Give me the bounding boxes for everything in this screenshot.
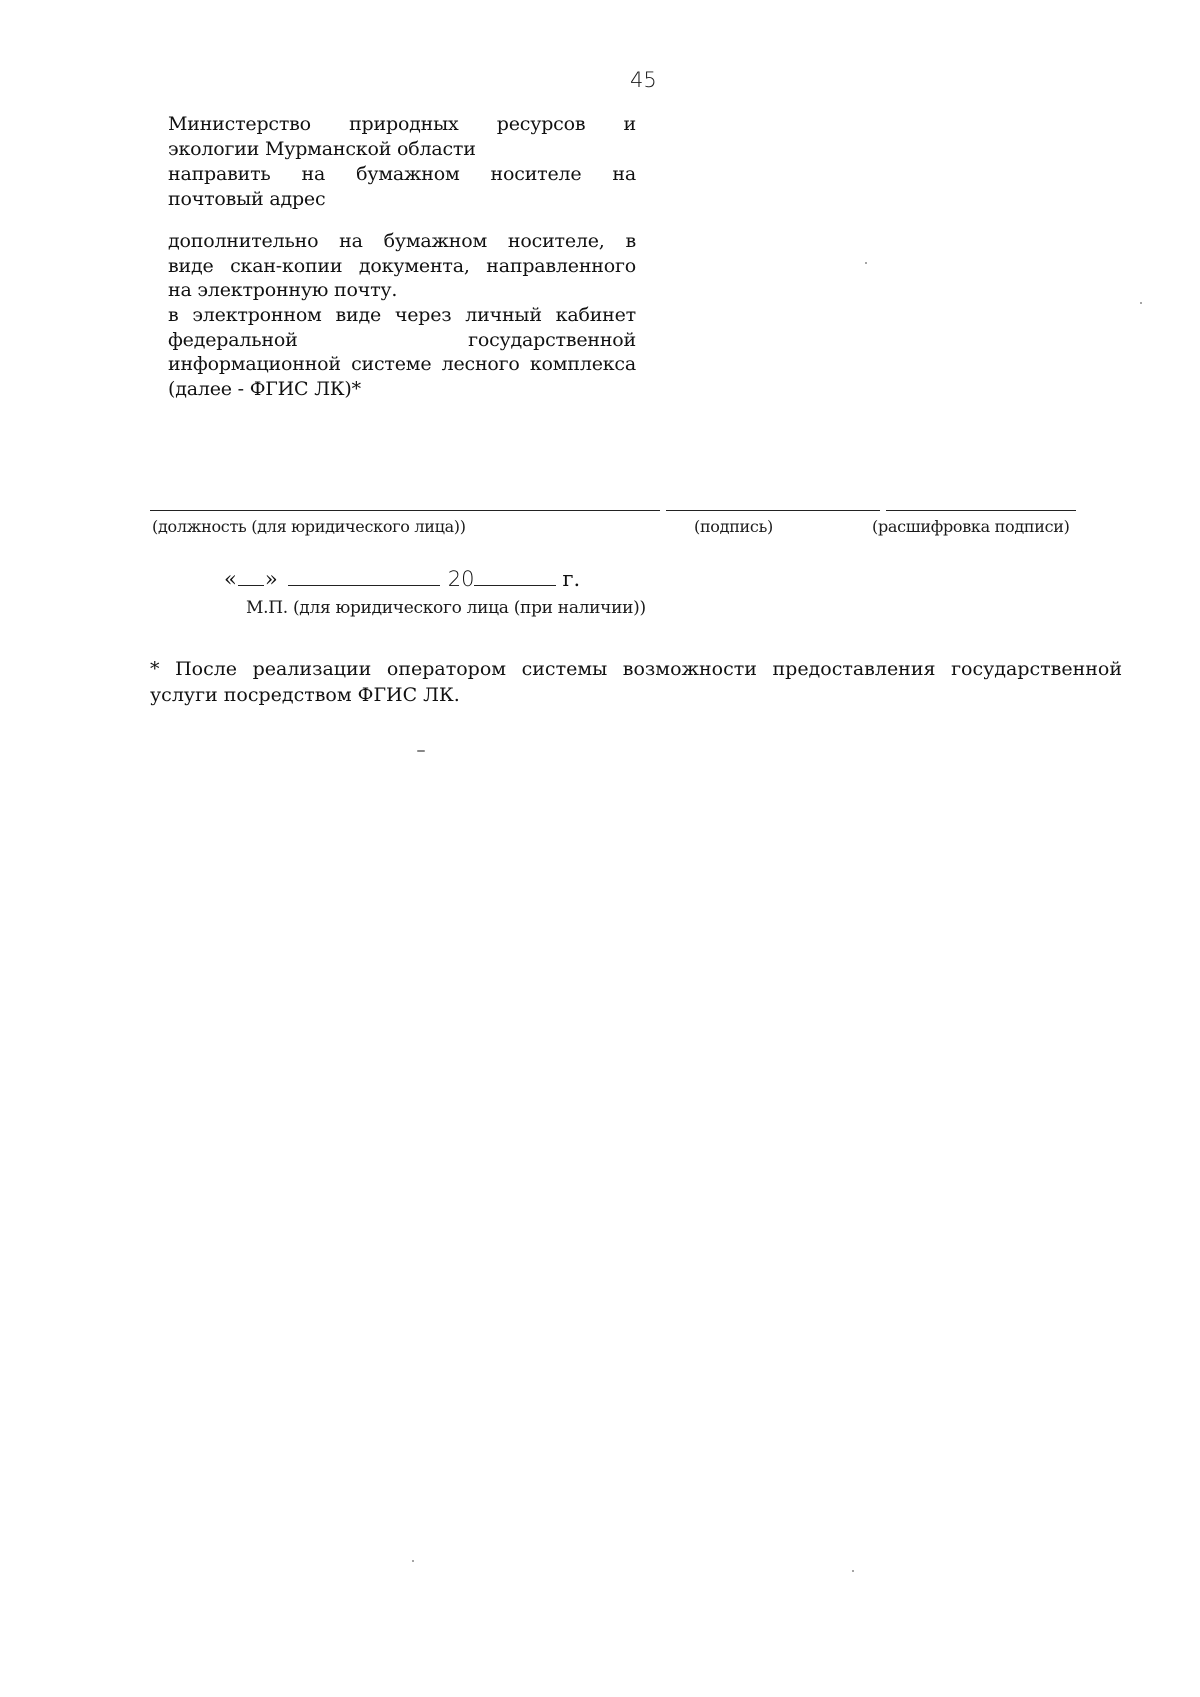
electronic-line-1: в электронном виде через личный кабинет (168, 303, 636, 328)
month-blank (288, 584, 440, 586)
mail-line-1: направить на бумажном носителе на (168, 162, 636, 187)
year-prefix: 20 (448, 567, 475, 591)
scan-line-1: дополнительно на бумажном носителе, в (168, 229, 636, 254)
day-blank (238, 584, 264, 586)
footnote-line-1: * После реализации оператором системы во… (150, 656, 1122, 682)
scan-speck (865, 262, 867, 264)
year-blank (474, 584, 556, 586)
recipient-line-2: экологии Мурманской области (168, 137, 636, 162)
scan-line-2: виде скан-копии документа, направленного (168, 254, 636, 279)
footnote: * После реализации оператором системы во… (150, 656, 1122, 708)
stamp-note: М.П. (для юридического лица (при наличии… (246, 598, 646, 618)
delivery-option-mail: направить на бумажном носителе на почтов… (168, 162, 636, 211)
scan-speck (412, 1560, 414, 1562)
signature-decode-line (886, 510, 1076, 511)
position-label: (должность (для юридического лица)) (152, 517, 466, 536)
recipient-block: Министерство природных ресурсов и эколог… (168, 112, 636, 161)
electronic-line-4: (далее - ФГИС ЛК)* (168, 377, 636, 402)
scan-speck (1140, 302, 1142, 304)
signature-decode-label: (расшифровка подписи) (872, 517, 1070, 536)
electronic-line-2: федеральной государственной (168, 328, 636, 353)
electronic-line-3: информационной системе лесного комплекса (168, 352, 636, 377)
scan-speck (417, 750, 425, 752)
recipient-line-1: Министерство природных ресурсов и (168, 112, 636, 137)
date-close-quote: » (265, 567, 278, 591)
delivery-option-electronic: в электронном виде через личный кабинет … (168, 303, 636, 401)
page-number: 45 (630, 68, 657, 92)
delivery-option-scan: дополнительно на бумажном носителе, в ви… (168, 229, 636, 303)
scan-line-3: на электронную почту. (168, 278, 636, 303)
signature-label: (подпись) (694, 517, 773, 536)
date-line: «»20г. (224, 567, 580, 591)
position-signature-line (150, 510, 660, 511)
date-open-quote: « (224, 567, 237, 591)
signature-line (666, 510, 880, 511)
mail-line-2: почтовый адрес (168, 187, 636, 212)
year-suffix: г. (562, 567, 580, 591)
scan-speck (852, 1570, 854, 1572)
footnote-line-2: услуги посредством ФГИС ЛК. (150, 682, 1122, 708)
